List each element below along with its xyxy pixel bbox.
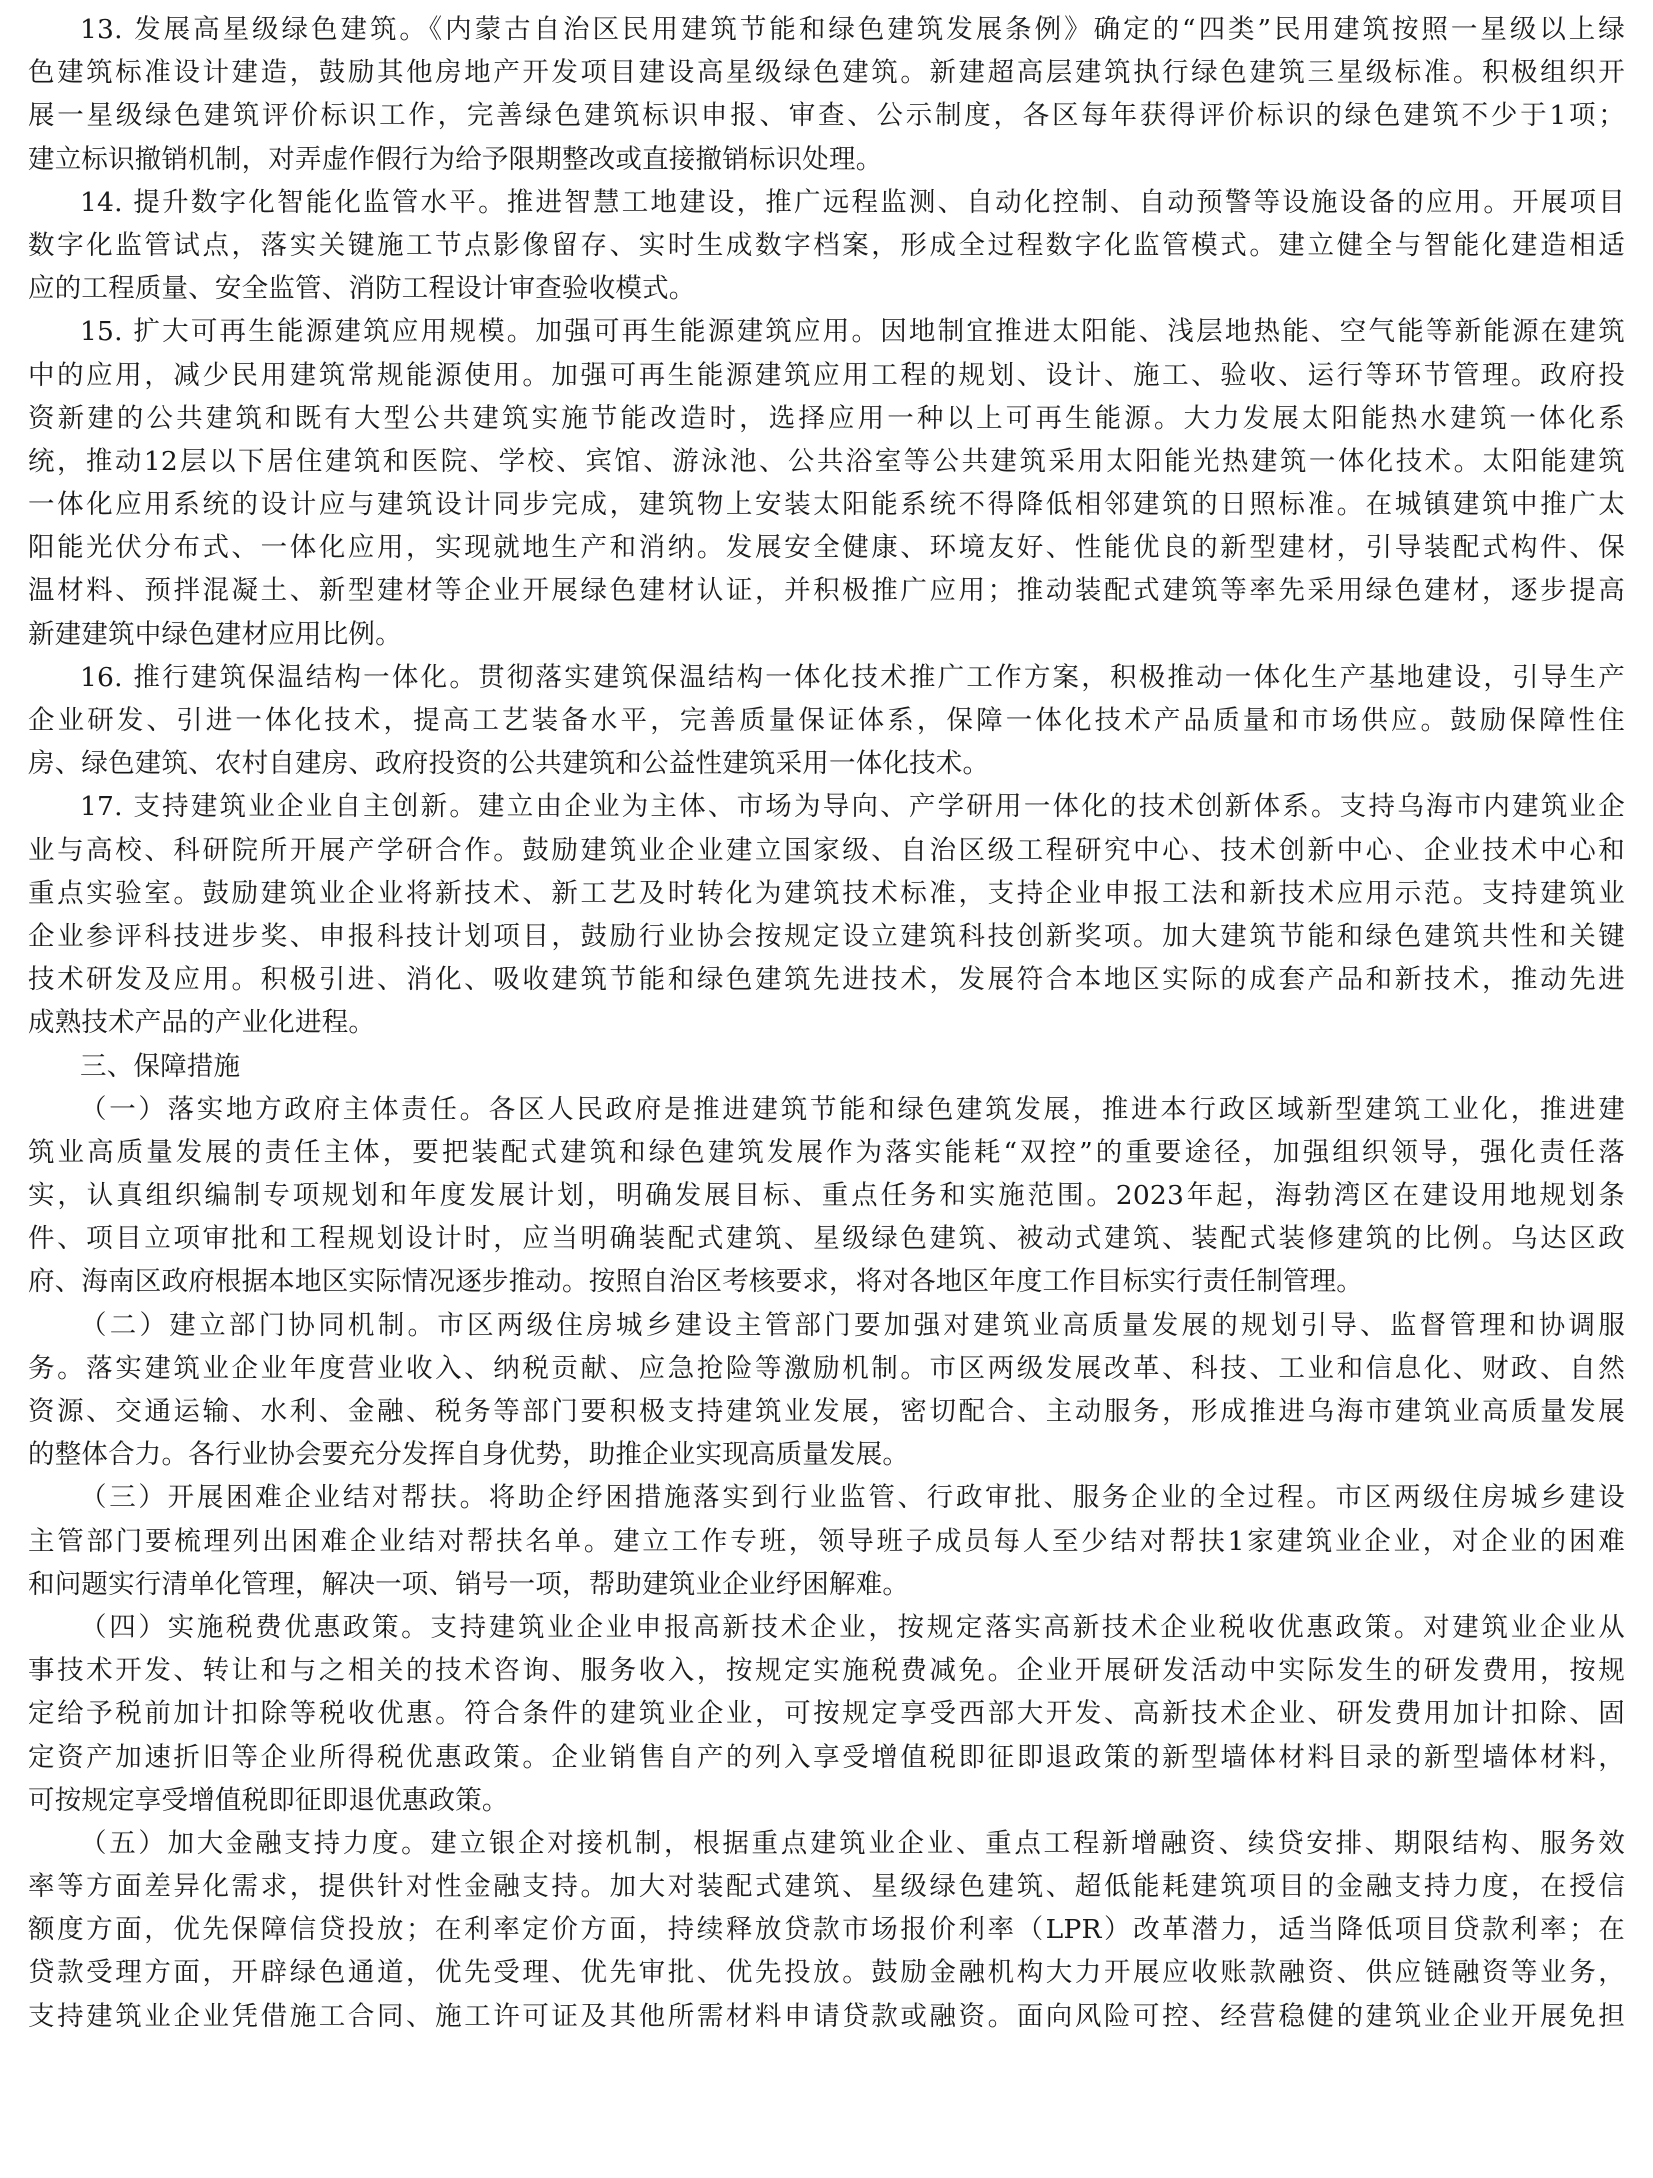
text-line: 额度方面，优先保障信贷投放；在利率定价方面，持续释放贷款市场报价利率（LPR）改… [28,1908,1625,1951]
document-page: 13. 发展高星级绿色建筑。《内蒙古自治区民用建筑节能和绿色建筑发展条例》确定的… [0,0,1653,2178]
text-line: 数字化监管试点，落实关键施工节点影像留存、实时生成数字档案，形成全过程数字化监管… [28,224,1625,267]
paragraph-measure-2: （二）建立部门协同机制。市区两级住房城乡建设主管部门要加强对建筑业高质量发展的规… [28,1304,1625,1477]
text-line: 新建建筑中绿色建材应用比例。 [28,613,1625,656]
text-line: 务。落实建筑业企业年度营业收入、纳税贡献、应急抢险等激励机制。市区两级发展改革、… [28,1347,1625,1390]
text-line: （四）实施税费优惠政策。支持建筑业企业申报高新技术企业，按规定落实高新技术企业税… [28,1606,1625,1649]
text-line: 技术研发及应用。积极引进、消化、吸收建筑节能和绿色建筑先进技术，发展符合本地区实… [28,958,1625,1001]
text-line: 实，认真组织编制专项规划和年度发展计划，明确发展目标、重点任务和实施范围。202… [28,1174,1625,1217]
paragraph-measure-1: （一）落实地方政府主体责任。各区人民政府是推进建筑节能和绿色建筑发展，推进本行政… [28,1088,1625,1304]
paragraph-item-16: 16. 推行建筑保温结构一体化。贯彻落实建筑保温结构一体化技术推广工作方案，积极… [28,656,1625,786]
text-line: 应的工程质量、安全监管、消防工程设计审查验收模式。 [28,267,1625,310]
text-line: 企业参评科技进步奖、申报科技计划项目，鼓励行业协会按规定设立建筑科技创新奖项。加… [28,915,1625,958]
text-line: 府、海南区政府根据本地区实际情况逐步推动。按照自治区考核要求，将对各地区年度工作… [28,1260,1625,1303]
text-line: 中的应用，减少民用建筑常规能源使用。加强可再生能源建筑应用工程的规划、设计、施工… [28,354,1625,397]
section-heading: 三、保障措施 [28,1045,1625,1088]
text-line: 的整体合力。各行业协会要充分发挥自身优势，助推企业实现高质量发展。 [28,1433,1625,1476]
text-line: 15. 扩大可再生能源建筑应用规模。加强可再生能源建筑应用。因地制宜推进太阳能、… [28,310,1625,353]
text-line: 17. 支持建筑业企业自主创新。建立由企业为主体、市场为导向、产学研用一体化的技… [28,785,1625,828]
text-line: 贷款受理方面，开辟绿色通道，优先受理、优先审批、优先投放。鼓励金融机构大力开展应… [28,1951,1625,1994]
text-line: 建立标识撤销机制，对弄虚作假行为给予限期整改或直接撤销标识处理。 [28,138,1625,181]
text-line: 件、项目立项审批和工程规划设计时，应当明确装配式建筑、星级绿色建筑、被动式建筑、… [28,1217,1625,1260]
paragraph-measure-3: （三）开展困难企业结对帮扶。将助企纾困措施落实到行业监管、行政审批、服务企业的全… [28,1476,1625,1606]
text-line: 率等方面差异化需求，提供针对性金融支持。加大对装配式建筑、星级绿色建筑、超低能耗… [28,1865,1625,1908]
paragraph-measure-4: （四）实施税费优惠政策。支持建筑业企业申报高新技术企业，按规定落实高新技术企业税… [28,1606,1625,1822]
section-heading-text: 三、保障措施 [28,1045,1625,1088]
text-line: 业与高校、科研院所开展产学研合作。鼓励建筑业企业建立国家级、自治区级工程研究中心… [28,829,1625,872]
text-line: 事技术开发、转让和与之相关的技术咨询、服务收入，按规定实施税费减免。企业开展研发… [28,1649,1625,1692]
text-line: 定给予税前加计扣除等税收优惠。符合条件的建筑业企业，可按规定享受西部大开发、高新… [28,1692,1625,1735]
text-line: 色建筑标准设计建造，鼓励其他房地产开发项目建设高星级绿色建筑。新建超高层建筑执行… [28,51,1625,94]
text-line: （一）落实地方政府主体责任。各区人民政府是推进建筑节能和绿色建筑发展，推进本行政… [28,1088,1625,1131]
text-line: 可按规定享受增值税即征即退优惠政策。 [28,1779,1625,1822]
text-line: 13. 发展高星级绿色建筑。《内蒙古自治区民用建筑节能和绿色建筑发展条例》确定的… [28,8,1625,51]
text-line: 企业研发、引进一体化技术，提高工艺装备水平，完善质量保证体系，保障一体化技术产品… [28,699,1625,742]
text-line: 筑业高质量发展的责任主体，要把装配式建筑和绿色建筑发展作为落实能耗“双控”的重要… [28,1131,1625,1174]
text-line: （二）建立部门协同机制。市区两级住房城乡建设主管部门要加强对建筑业高质量发展的规… [28,1304,1625,1347]
paragraph-item-17: 17. 支持建筑业企业自主创新。建立由企业为主体、市场为导向、产学研用一体化的技… [28,785,1625,1044]
text-line: 统，推动12层以下居住建筑和医院、学校、宾馆、游泳池、公共浴室等公共建筑采用太阳… [28,440,1625,483]
text-line: 温材料、预拌混凝土、新型建材等企业开展绿色建材认证，并积极推广应用；推动装配式建… [28,569,1625,612]
paragraph-item-14: 14. 提升数字化智能化监管水平。推进智慧工地建设，推广远程监测、自动化控制、自… [28,181,1625,311]
text-line: 资新建的公共建筑和既有大型公共建筑实施节能改造时，选择应用一种以上可再生能源。大… [28,397,1625,440]
text-line: 一体化应用系统的设计应与建筑设计同步完成，建筑物上安装太阳能系统不得降低相邻建筑… [28,483,1625,526]
text-line: 定资产加速折旧等企业所得税优惠政策。企业销售自产的列入享受增值税即征即退政策的新… [28,1736,1625,1779]
paragraph-item-13: 13. 发展高星级绿色建筑。《内蒙古自治区民用建筑节能和绿色建筑发展条例》确定的… [28,8,1625,181]
text-line: 主管部门要梳理列出困难企业结对帮扶名单。建立工作专班，领导班子成员每人至少结对帮… [28,1520,1625,1563]
text-line: （五）加大金融支持力度。建立银企对接机制，根据重点建筑业企业、重点工程新增融资、… [28,1822,1625,1865]
text-line: 展一星级绿色建筑评价标识工作，完善绿色建筑标识申报、审查、公示制度，各区每年获得… [28,94,1625,137]
text-line: 成熟技术产品的产业化进程。 [28,1001,1625,1044]
text-line: 和问题实行清单化管理，解决一项、销号一项，帮助建筑业企业纾困解难。 [28,1563,1625,1606]
paragraph-measure-5: （五）加大金融支持力度。建立银企对接机制，根据重点建筑业企业、重点工程新增融资、… [28,1822,1625,2038]
text-line: 16. 推行建筑保温结构一体化。贯彻落实建筑保温结构一体化技术推广工作方案，积极… [28,656,1625,699]
text-line: 资源、交通运输、水利、金融、税务等部门要积极支持建筑业发展，密切配合、主动服务，… [28,1390,1625,1433]
text-line: 重点实验室。鼓励建筑业企业将新技术、新工艺及时转化为建筑技术标准，支持企业申报工… [28,872,1625,915]
text-line: 阳能光伏分布式、一体化应用，实现就地生产和消纳。发展安全健康、环境友好、性能优良… [28,526,1625,569]
text-line: 房、绿色建筑、农村自建房、政府投资的公共建筑和公益性建筑采用一体化技术。 [28,742,1625,785]
paragraph-item-15: 15. 扩大可再生能源建筑应用规模。加强可再生能源建筑应用。因地制宜推进太阳能、… [28,310,1625,656]
text-line: 支持建筑业企业凭借施工合同、施工许可证及其他所需材料申请贷款或融资。面向风险可控… [28,1995,1625,2038]
text-line: （三）开展困难企业结对帮扶。将助企纾困措施落实到行业监管、行政审批、服务企业的全… [28,1476,1625,1519]
text-line: 14. 提升数字化智能化监管水平。推进智慧工地建设，推广远程监测、自动化控制、自… [28,181,1625,224]
